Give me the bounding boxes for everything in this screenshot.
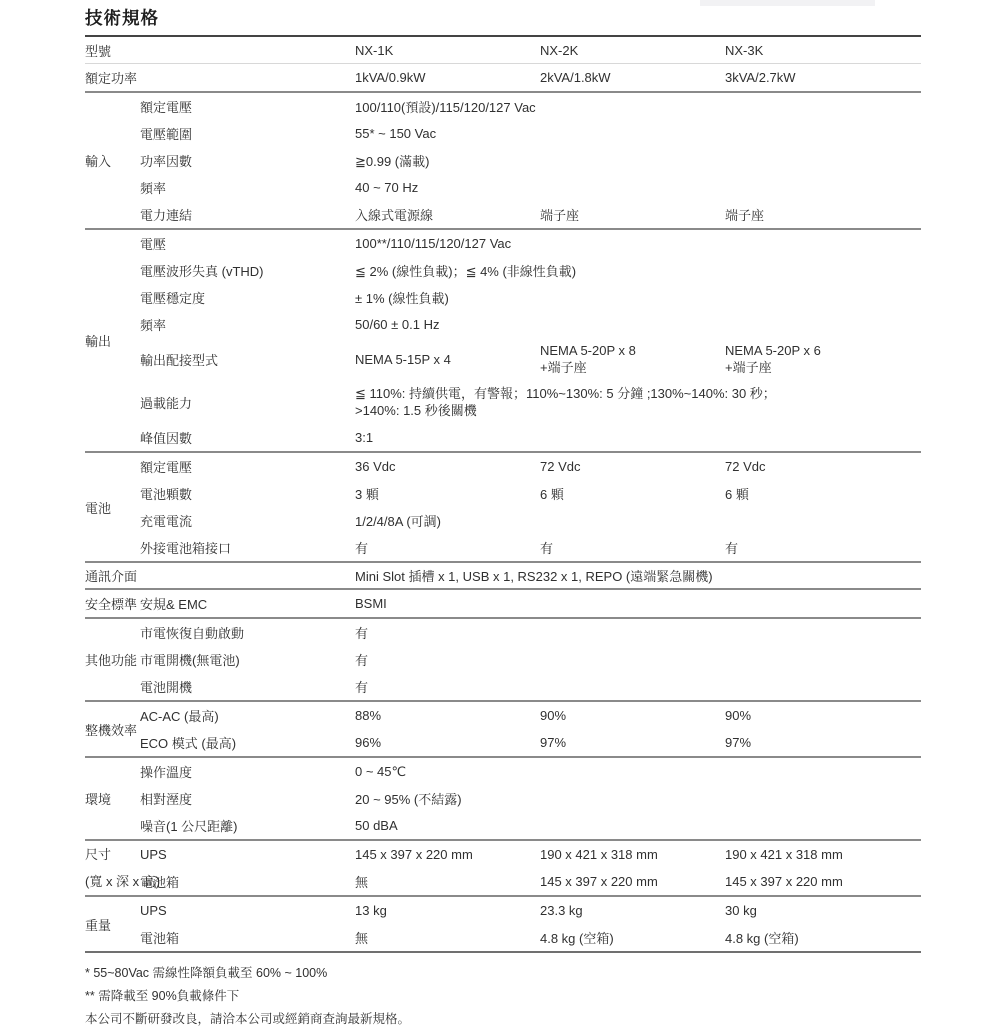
spec-value: 72 Vdc: [725, 459, 921, 474]
section-battery: 電池 額定電壓 36 Vdc 72 Vdc 72 Vdc 電池顆數 3 顆 6 …: [85, 451, 921, 561]
section-environment: 環境 操作溫度 0 ~ 45℃ 相對溼度 20 ~ 95% (不結露) 噪音(1…: [85, 756, 921, 839]
spec-value: 4.8 kg (空箱): [540, 928, 725, 947]
spec-value: 100/110(預設)/115/120/127 Vac: [355, 97, 921, 116]
spec-value: 有: [355, 677, 921, 696]
spec-name: 外接電池箱接口: [140, 538, 355, 557]
table-row: 電壓穩定度 ± 1% (線性負載): [140, 284, 921, 311]
spec-value-line: NEMA 5-20P x 8: [540, 342, 719, 359]
table-row: 電壓波形失真 (vTHD) ≦ 2% (線性負載)；≦ 4% (非線性負載): [140, 257, 921, 284]
table-row-comm: 通訊介面 Mini Slot 插槽 x 1, USB x 1, RS232 x …: [85, 561, 921, 588]
spec-value: 30 kg: [725, 903, 921, 918]
table-row: 過載能力 ≦ 110%: 持續供電，有警報；110%~130%: 5 分鐘 ;1…: [140, 380, 921, 424]
spec-value: NEMA 5-20P x 6 +端子座: [725, 338, 921, 380]
spec-value: 6 顆: [725, 484, 921, 503]
spec-value: NEMA 5-20P x 8 +端子座: [540, 338, 725, 380]
dimensions-label-line1: 尺寸: [85, 841, 111, 868]
spec-name: 頻率: [140, 315, 355, 334]
section-safety: 安全標準 安規& EMC BSMI: [85, 588, 921, 617]
row-label: 通訊介面: [85, 566, 355, 585]
spec-value: 72 Vdc: [540, 459, 725, 474]
spec-value-line: +端子座: [540, 359, 719, 376]
model-nx2k: NX-2K: [540, 43, 725, 58]
spec-value: 20 ~ 95% (不結露): [355, 789, 921, 808]
spec-name: 安規& EMC: [140, 594, 355, 613]
table-row: 頻率 50/60 ± 0.1 Hz: [140, 311, 921, 338]
spec-value: 有: [355, 623, 921, 642]
section-label-safety: 安全標準: [85, 590, 140, 617]
row-label: 額定功率: [85, 68, 355, 87]
section-label-efficiency: 整機效率: [85, 702, 140, 756]
spec-value: 36 Vdc: [355, 459, 540, 474]
table-row: UPS 145 x 397 x 220 mm 190 x 421 x 318 m…: [140, 841, 921, 868]
section-input: 輸入 額定電壓 100/110(預設)/115/120/127 Vac 電壓範圍…: [85, 91, 921, 228]
spec-value-line: +端子座: [725, 359, 915, 376]
spec-name: 額定電壓: [140, 97, 355, 116]
table-row-model: 型號 NX-1K NX-2K NX-3K: [85, 37, 921, 64]
section-label-output: 輸出: [85, 230, 140, 451]
spec-name: 電力連結: [140, 205, 355, 224]
spec-name: 輸出配接型式: [140, 350, 355, 369]
spec-value: 1kVA/0.9kW: [355, 70, 540, 85]
spec-name: 功率因數: [140, 151, 355, 170]
spec-name: 電壓範圍: [140, 124, 355, 143]
spec-name: 市電開機(無電池): [140, 650, 355, 669]
spec-name: 電壓穩定度: [140, 288, 355, 307]
spec-name: 電池開機: [140, 677, 355, 696]
spec-value: 96%: [355, 735, 540, 750]
table-row: 額定電壓 36 Vdc 72 Vdc 72 Vdc: [140, 453, 921, 480]
table-row: 峰值因數 3:1: [140, 424, 921, 451]
spec-value: 190 x 421 x 318 mm: [540, 847, 725, 862]
spec-value: 23.3 kg: [540, 903, 725, 918]
spec-value: 3:1: [355, 430, 921, 445]
table-row: 操作溫度 0 ~ 45℃: [140, 758, 921, 785]
footnotes: * 55~80Vac 需線性降額負載至 60% ~ 100% ** 需降載至 9…: [85, 953, 921, 1031]
spec-name: 電壓波形失真 (vTHD): [140, 261, 355, 280]
section-label-dimensions: 尺寸 (寬 x 深 x 高): [85, 841, 140, 895]
spec-value: 無: [355, 928, 540, 947]
spec-sheet: 技術規格 型號 NX-1K NX-2K NX-3K 額定功率 1kVA/0.9k…: [85, 8, 921, 1031]
table-row: 市電恢復自動啟動 有: [140, 619, 921, 646]
spec-value: 88%: [355, 708, 540, 723]
spec-name: 電池顆數: [140, 484, 355, 503]
footnote-load-condition: ** 需降載至 90%負載條件下: [85, 985, 921, 1008]
spec-value: 有: [725, 538, 921, 557]
table-row: 安規& EMC BSMI: [140, 590, 921, 617]
page-title: 技術規格: [85, 8, 921, 37]
spec-value-line: ≦ 110%: 持續供電，有警報；110%~130%: 5 分鐘 ;130%~1…: [355, 385, 915, 402]
table-row: 電池開機 有: [140, 673, 921, 700]
spec-value: 13 kg: [355, 903, 540, 918]
table-row: 電池箱 無 4.8 kg (空箱) 4.8 kg (空箱): [140, 924, 921, 951]
spec-name: 電池箱: [140, 872, 355, 891]
table-row: 功率因數 ≧0.99 (滿載): [140, 147, 921, 174]
spec-value: 有: [355, 650, 921, 669]
spec-value-line: NEMA 5-20P x 6: [725, 342, 915, 359]
spec-name: 噪音(1 公尺距離): [140, 816, 355, 835]
spec-value: Mini Slot 插槽 x 1, USB x 1, RS232 x 1, RE…: [355, 566, 921, 585]
table-row: 相對溼度 20 ~ 95% (不結露): [140, 785, 921, 812]
spec-name: 峰值因數: [140, 428, 355, 447]
spec-name: 相對溼度: [140, 789, 355, 808]
spec-value: 97%: [725, 735, 921, 750]
spec-name: 額定電壓: [140, 457, 355, 476]
spec-value: 0 ~ 45℃: [355, 764, 921, 780]
section-label-battery: 電池: [85, 453, 140, 561]
spec-value: BSMI: [355, 596, 921, 611]
spec-value: 145 x 397 x 220 mm: [725, 874, 921, 889]
spec-value: ≦ 2% (線性負載)；≦ 4% (非線性負載): [355, 261, 921, 280]
spec-value: ≧0.99 (滿載): [355, 151, 921, 170]
table-row-rated-power: 額定功率 1kVA/0.9kW 2kVA/1.8kW 3kVA/2.7kW: [85, 64, 921, 91]
spec-value-line: >140%: 1.5 秒後關機: [355, 402, 915, 419]
section-label-environment: 環境: [85, 758, 140, 839]
table-row: 電池顆數 3 顆 6 顆 6 顆: [140, 480, 921, 507]
table-row: 外接電池箱接口 有 有 有: [140, 534, 921, 561]
spec-value: 50 dBA: [355, 818, 921, 833]
table-row: 電壓 100**/110/115/120/127 Vac: [140, 230, 921, 257]
spec-value: 無: [355, 872, 540, 891]
spec-name: 電池箱: [140, 928, 355, 947]
footnote-derating: * 55~80Vac 需線性降額負載至 60% ~ 100%: [85, 962, 921, 985]
spec-name: 頻率: [140, 178, 355, 197]
spec-value: 97%: [540, 735, 725, 750]
spec-value: 3kVA/2.7kW: [725, 70, 921, 85]
table-row: 電壓範圍 55* ~ 150 Vac: [140, 120, 921, 147]
spec-value: 90%: [725, 708, 921, 723]
spec-value: 90%: [540, 708, 725, 723]
section-label-other: 其他功能: [85, 619, 140, 700]
top-edge-artifact: [700, 0, 875, 6]
table-row: 額定電壓 100/110(預設)/115/120/127 Vac: [140, 93, 921, 120]
table-row: 頻率 40 ~ 70 Hz: [140, 174, 921, 201]
spec-value: 6 顆: [540, 484, 725, 503]
spec-name: 市電恢復自動啟動: [140, 623, 355, 642]
spec-value: NEMA 5-15P x 4: [355, 352, 540, 367]
spec-name: AC-AC (最高): [140, 706, 355, 725]
spec-table: 型號 NX-1K NX-2K NX-3K 額定功率 1kVA/0.9kW 2kV…: [85, 37, 921, 953]
section-output: 輸出 電壓 100**/110/115/120/127 Vac 電壓波形失真 (…: [85, 228, 921, 451]
footnote-disclaimer: 本公司不斷研發改良，請洽本公司或經銷商查詢最新規格。: [85, 1008, 921, 1031]
table-row: ECO 模式 (最高) 96% 97% 97%: [140, 729, 921, 756]
section-other-functions: 其他功能 市電恢復自動啟動 有 市電開機(無電池) 有 電池開機 有: [85, 617, 921, 700]
spec-value: 有: [355, 538, 540, 557]
spec-name: ECO 模式 (最高): [140, 733, 355, 752]
spec-value: 端子座: [725, 205, 921, 224]
spec-name: 過載能力: [140, 393, 355, 412]
model-nx3k: NX-3K: [725, 43, 921, 58]
table-row: 電力連結 入線式電源線 端子座 端子座: [140, 201, 921, 228]
spec-name: UPS: [140, 903, 355, 918]
spec-value: 50/60 ± 0.1 Hz: [355, 317, 921, 332]
spec-value: 40 ~ 70 Hz: [355, 180, 921, 195]
table-row: 電池箱 無 145 x 397 x 220 mm 145 x 397 x 220…: [140, 868, 921, 895]
spec-value: 入線式電源線: [355, 205, 540, 224]
section-label-input: 輸入: [85, 93, 140, 228]
spec-value: 4.8 kg (空箱): [725, 928, 921, 947]
model-nx1k: NX-1K: [355, 43, 540, 58]
table-row: 市電開機(無電池) 有: [140, 646, 921, 673]
spec-value: ± 1% (線性負載): [355, 288, 921, 307]
spec-value: ≦ 110%: 持續供電，有警報；110%~130%: 5 分鐘 ;130%~1…: [355, 381, 921, 423]
section-label-weight: 重量: [85, 897, 140, 951]
spec-value: 1/2/4/8A (可調): [355, 511, 921, 530]
spec-value: 100**/110/115/120/127 Vac: [355, 236, 921, 251]
spec-value: 端子座: [540, 205, 725, 224]
spec-name: UPS: [140, 847, 355, 862]
section-weight: 重量 UPS 13 kg 23.3 kg 30 kg 電池箱 無 4.8 kg …: [85, 895, 921, 951]
spec-value: 有: [540, 538, 725, 557]
table-row: 輸出配接型式 NEMA 5-15P x 4 NEMA 5-20P x 8 +端子…: [140, 338, 921, 380]
spec-value: 145 x 397 x 220 mm: [540, 874, 725, 889]
spec-name: 電壓: [140, 234, 355, 253]
table-row: UPS 13 kg 23.3 kg 30 kg: [140, 897, 921, 924]
spec-name: 操作溫度: [140, 762, 355, 781]
row-label: 型號: [85, 41, 355, 60]
spec-value: 145 x 397 x 220 mm: [355, 847, 540, 862]
spec-value: 3 顆: [355, 484, 540, 503]
table-row: 噪音(1 公尺距離) 50 dBA: [140, 812, 921, 839]
spec-value: 190 x 421 x 318 mm: [725, 847, 921, 862]
spec-value: 55* ~ 150 Vac: [355, 126, 921, 141]
section-dimensions: 尺寸 (寬 x 深 x 高) UPS 145 x 397 x 220 mm 19…: [85, 839, 921, 895]
table-row: AC-AC (最高) 88% 90% 90%: [140, 702, 921, 729]
spec-value: 2kVA/1.8kW: [540, 70, 725, 85]
table-row: 充電電流 1/2/4/8A (可調): [140, 507, 921, 534]
section-efficiency: 整機效率 AC-AC (最高) 88% 90% 90% ECO 模式 (最高) …: [85, 700, 921, 756]
spec-name: 充電電流: [140, 511, 355, 530]
